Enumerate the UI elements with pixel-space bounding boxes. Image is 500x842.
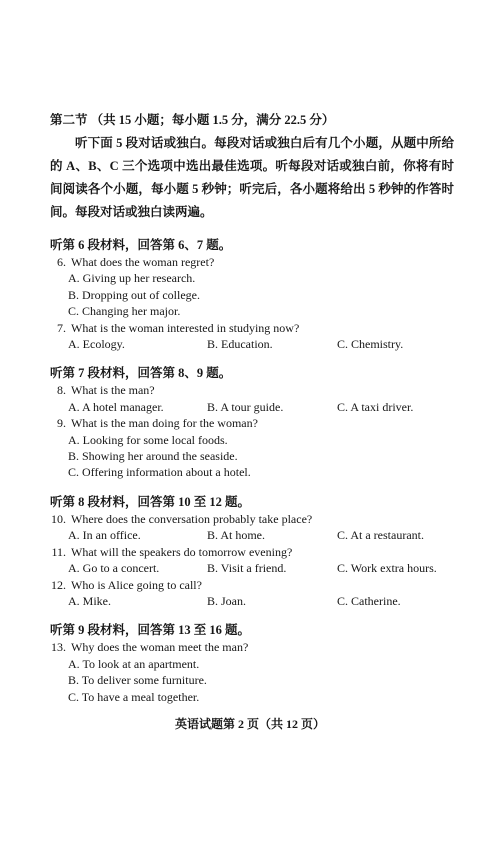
option-a: A. A hotel manager. xyxy=(68,399,207,415)
material-header: 听第 7 段材料，回答第 8、9 题。 xyxy=(50,365,454,382)
question-number: 11. xyxy=(50,544,66,560)
section-heading: 第二节 （共 15 小题；每小题 1.5 分，满分 22.5 分） xyxy=(50,109,454,132)
option-b: B. A tour guide. xyxy=(207,399,337,415)
question-number: 13. xyxy=(50,639,66,655)
question-number: 6. xyxy=(50,254,66,270)
question-line: 10.Where does the conversation probably … xyxy=(50,511,454,527)
option-b: B. At home. xyxy=(207,527,337,543)
question-number: 10. xyxy=(50,511,66,527)
question-number: 12. xyxy=(50,577,66,593)
option-a: A. In an office. xyxy=(68,527,207,543)
option-c: C. Offering information about a hotel. xyxy=(50,464,454,480)
question-line: 13.Why does the woman meet the man? xyxy=(50,639,454,655)
option-c: C. At a restaurant. xyxy=(337,527,454,543)
exam-paper-page: 第二节 （共 15 小题；每小题 1.5 分，满分 22.5 分） 听下面 5 … xyxy=(0,0,500,842)
question-number: 7. xyxy=(50,320,66,336)
option-b: B. Visit a friend. xyxy=(207,560,337,576)
option-c: C. Work extra hours. xyxy=(337,560,454,576)
question-text: Where does the conversation probably tak… xyxy=(71,511,312,527)
question-text: What will the speakers do tomorrow eveni… xyxy=(71,544,292,560)
option-a: A. Looking for some local foods. xyxy=(50,432,454,448)
option-b: B. Showing her around the seaside. xyxy=(50,448,454,464)
option-c: C. Changing her major. xyxy=(50,303,454,319)
option-c: C. To have a meal together. xyxy=(50,689,454,705)
material-block: 听第 7 段材料，回答第 8、9 题。8.What is the man?A. … xyxy=(50,365,454,480)
option-a: A. To look at an apartment. xyxy=(50,656,454,672)
question-blocks: 听第 6 段材料，回答第 6、7 题。6.What does the woman… xyxy=(50,237,454,705)
material-header: 听第 9 段材料，回答第 13 至 16 题。 xyxy=(50,622,454,639)
options-row: A. In an office.B. At home.C. At a resta… xyxy=(50,527,454,543)
question-line: 9.What is the man doing for the woman? xyxy=(50,415,454,431)
option-c: C. A taxi driver. xyxy=(337,399,454,415)
question-line: 12.Who is Alice going to call? xyxy=(50,577,454,593)
option-a: A. Mike. xyxy=(68,593,207,609)
material-block: 听第 8 段材料，回答第 10 至 12 题。10.Where does the… xyxy=(50,494,454,609)
question-line: 8.What is the man? xyxy=(50,382,454,398)
question-text: What is the woman interested in studying… xyxy=(71,320,299,336)
option-c: C. Chemistry. xyxy=(337,336,454,352)
material-header: 听第 8 段材料，回答第 10 至 12 题。 xyxy=(50,494,454,511)
option-b: B. Education. xyxy=(207,336,337,352)
option-a: A. Ecology. xyxy=(68,336,207,352)
question-text: Who is Alice going to call? xyxy=(71,577,202,593)
question-line: 11.What will the speakers do tomorrow ev… xyxy=(50,544,454,560)
material-header: 听第 6 段材料，回答第 6、7 题。 xyxy=(50,237,454,254)
material-block: 听第 9 段材料，回答第 13 至 16 题。13.Why does the w… xyxy=(50,622,454,705)
question-number: 9. xyxy=(50,415,66,431)
option-b: B. Dropping out of college. xyxy=(50,287,454,303)
question-line: 7.What is the woman interested in studyi… xyxy=(50,320,454,336)
question-text: What is the man doing for the woman? xyxy=(71,415,258,431)
option-a: A. Go to a concert. xyxy=(68,560,207,576)
option-b: B. To deliver some furniture. xyxy=(50,672,454,688)
question-text: What is the man? xyxy=(71,382,155,398)
option-b: B. Joan. xyxy=(207,593,337,609)
page-content: 第二节 （共 15 小题；每小题 1.5 分，满分 22.5 分） 听下面 5 … xyxy=(50,109,454,705)
question-number: 8. xyxy=(50,382,66,398)
options-row: A. Mike.B. Joan.C. Catherine. xyxy=(50,593,454,609)
page-footer: 英语试题第 2 页（共 12 页） xyxy=(0,716,500,733)
question-text: What does the woman regret? xyxy=(71,254,214,270)
question-text: Why does the woman meet the man? xyxy=(71,639,248,655)
option-a: A. Giving up her research. xyxy=(50,270,454,286)
options-row: A. Ecology.B. Education.C. Chemistry. xyxy=(50,336,454,352)
option-c: C. Catherine. xyxy=(337,593,454,609)
options-row: A. Go to a concert.B. Visit a friend.C. … xyxy=(50,560,454,576)
options-row: A. A hotel manager.B. A tour guide.C. A … xyxy=(50,399,454,415)
question-line: 6.What does the woman regret? xyxy=(50,254,454,270)
material-block: 听第 6 段材料，回答第 6、7 题。6.What does the woman… xyxy=(50,237,454,352)
section-instructions: 听下面 5 段对话或独白。每段对话或独白后有几个小题，从题中所给的 A、B、C … xyxy=(50,132,454,224)
